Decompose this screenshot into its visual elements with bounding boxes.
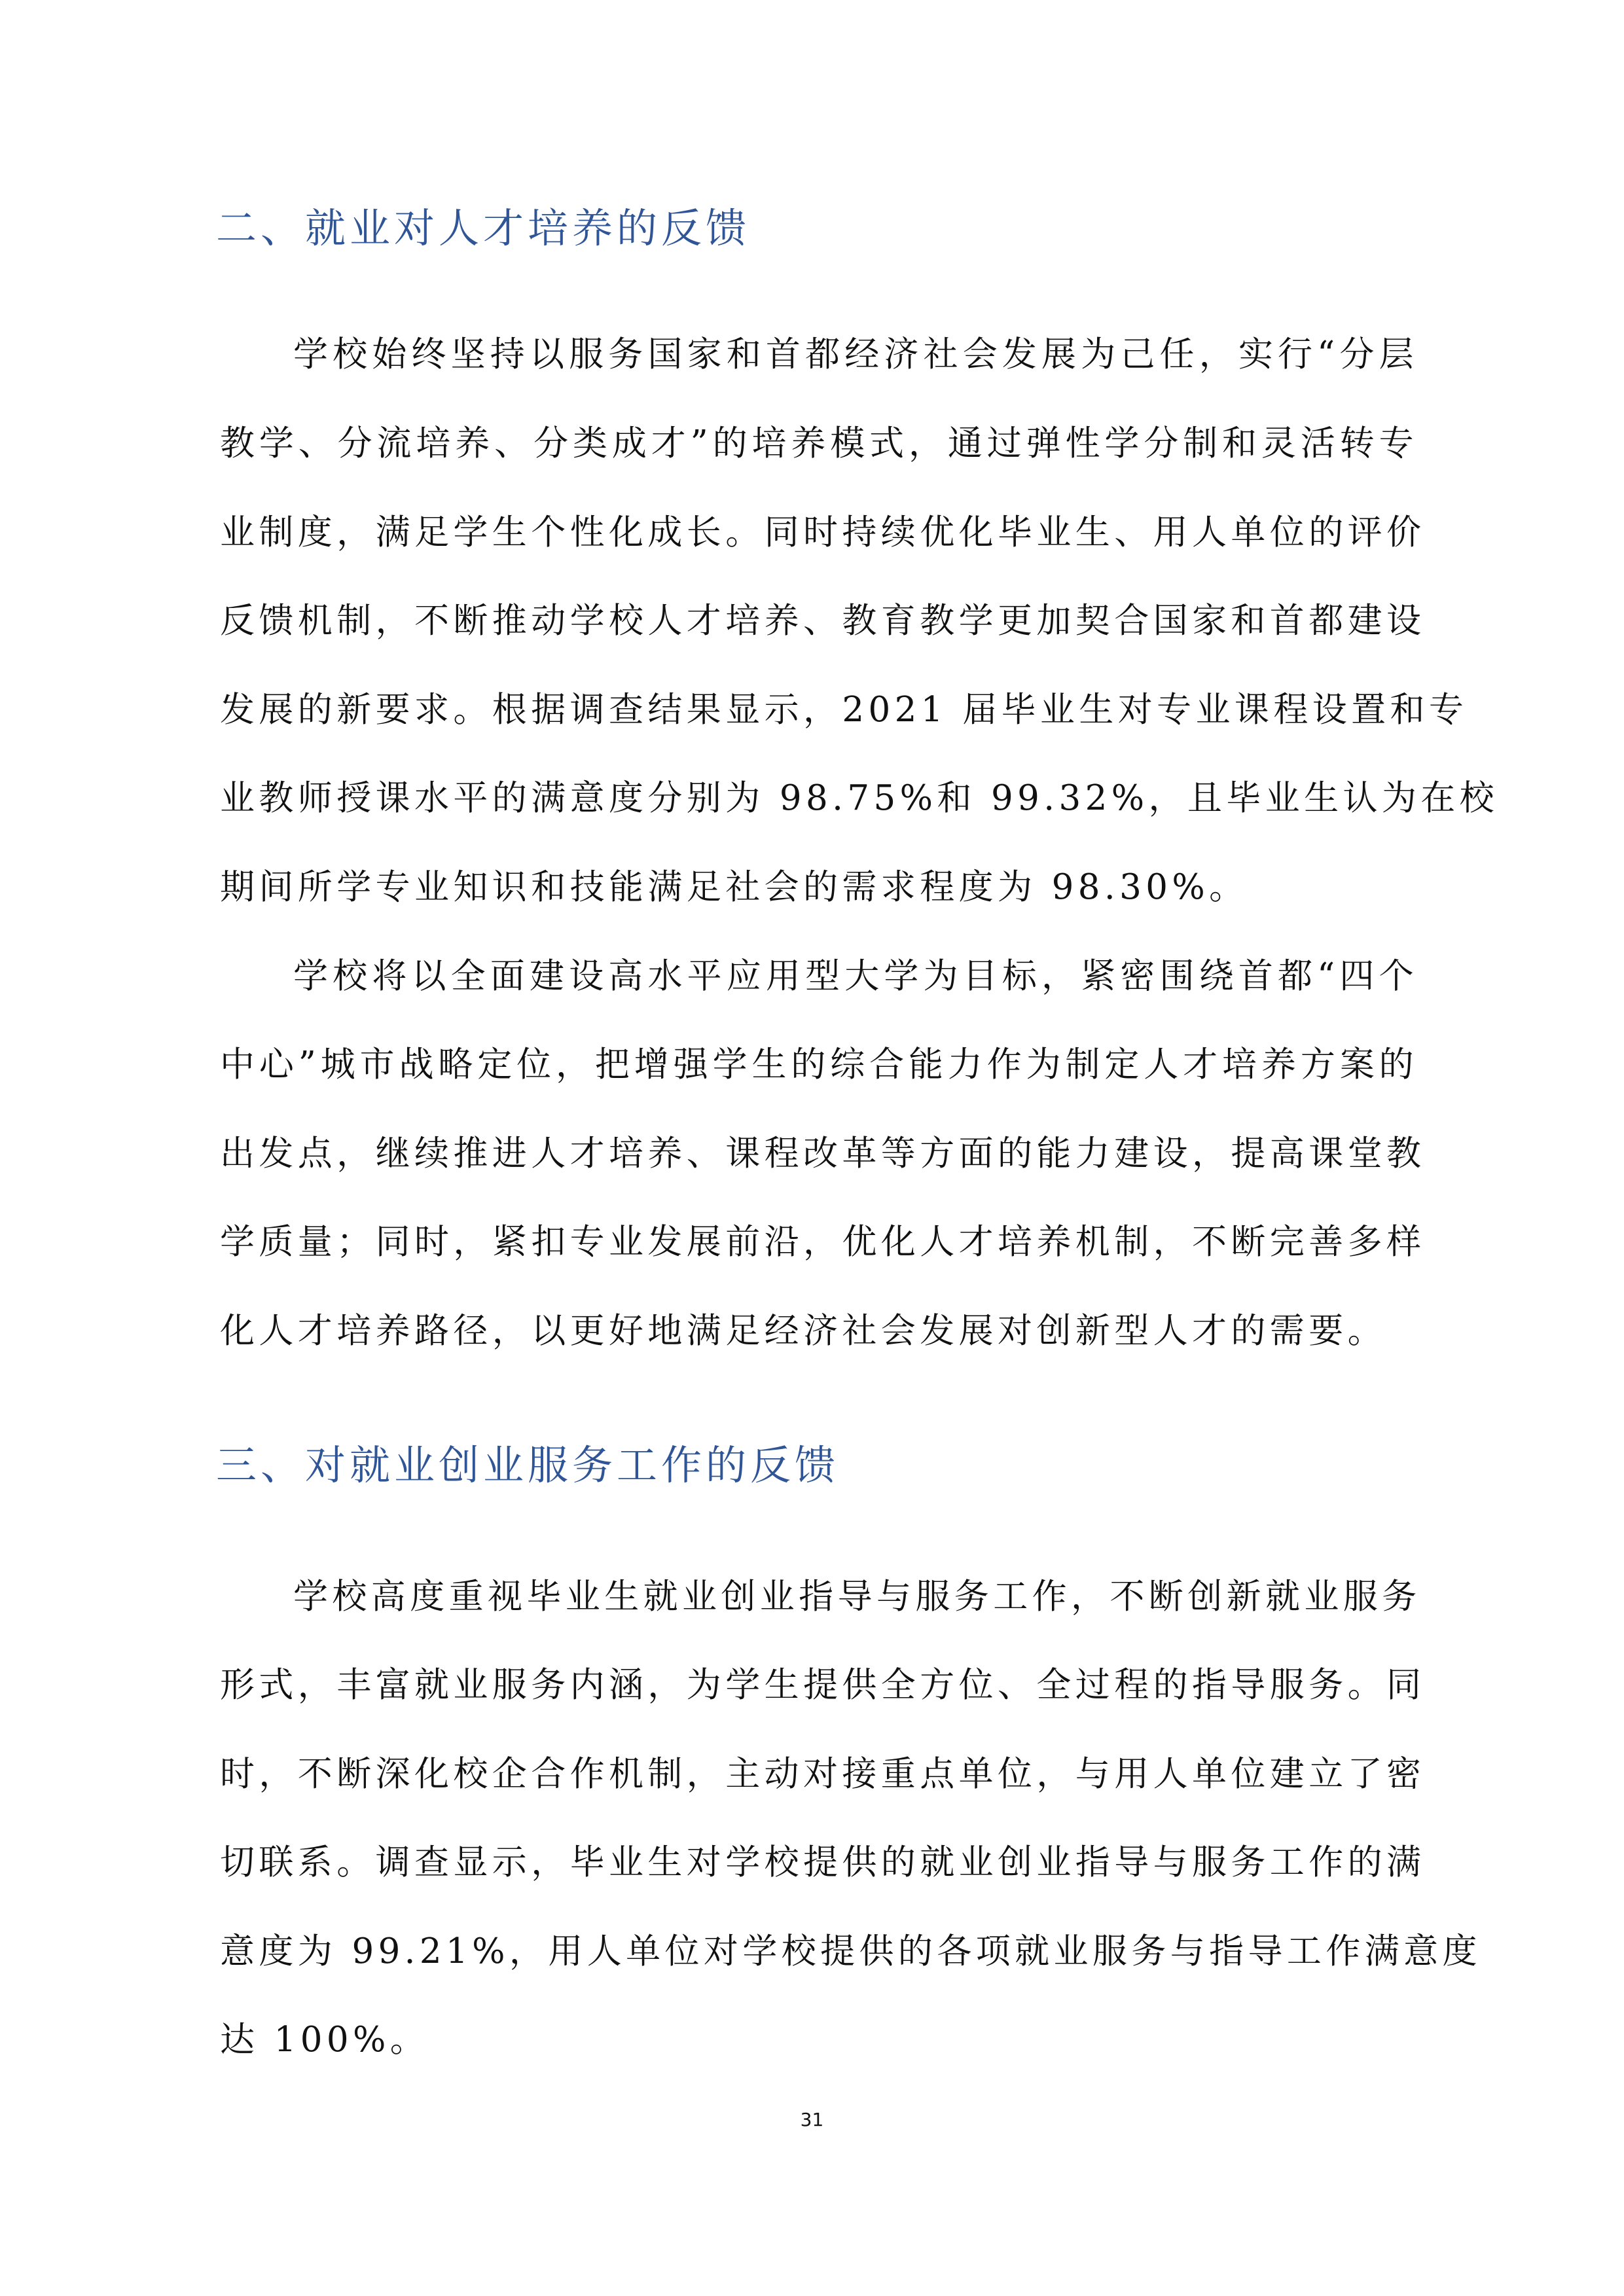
section-heading-employment-service-feedback: 三、对就业创业服务工作的反馈 xyxy=(216,1445,839,1486)
paragraph-line: 业制度，满足学生个性化成长。同时持续优化毕业生、用人单位的评价 xyxy=(220,515,1418,550)
section-heading-talent-feedback: 二、就业对人才培养的反馈 xyxy=(216,208,750,249)
paragraph-line: 发展的新要求。根据调查结果显示，2021 届毕业生对专业课程设置和专 xyxy=(220,692,1418,727)
paragraph-line: 学校将以全面建设高水平应用型大学为目标，紧密围绕首都“四个 xyxy=(293,959,1418,994)
paragraph-line: 反馈机制，不断推动学校人才培养、教育教学更加契合国家和首都建设 xyxy=(220,603,1418,638)
paragraph-line: 形式，丰富就业服务内涵，为学生提供全方位、全过程的指导服务。同 xyxy=(220,1668,1418,1702)
paragraph-line: 学校始终坚持以服务国家和首都经济社会发展为己任，实行“分层 xyxy=(293,337,1418,372)
paragraph-line: 意度为 99.21%，用人单位对学校提供的各项就业服务与指导工作满意度 xyxy=(220,1934,1418,1969)
paragraph-line: 切联系。调查显示，毕业生对学校提供的就业创业指导与服务工作的满 xyxy=(220,1845,1418,1880)
paragraph-line: 时，不断深化校企合作机制，主动对接重点单位，与用人单位建立了密 xyxy=(220,1757,1418,1791)
paragraph-line: 期间所学专业知识和技能满足社会的需求程度为 98.30%。 xyxy=(220,870,1418,905)
paragraph-line: 学质量；同时，紧扣专业发展前沿，优化人才培养机制，不断完善多样 xyxy=(220,1225,1418,1259)
paragraph-line: 业教师授课水平的满意度分别为 98.75%和 99.32%，且毕业生认为在校 xyxy=(220,781,1418,816)
paragraph-line: 中心”城市战略定位，把增强学生的综合能力作为制定人才培养方案的 xyxy=(220,1047,1418,1082)
paragraph-line: 学校高度重视毕业生就业创业指导与服务工作，不断创新就业服务 xyxy=(293,1579,1418,1614)
paragraph-line: 达 100%。 xyxy=(220,2022,1418,2057)
page-number: 31 xyxy=(0,2109,1624,2130)
paragraph-line: 教学、分流培养、分类成才”的培养模式，通过弹性学分制和灵活转专 xyxy=(220,426,1418,461)
paragraph-line: 出发点，继续推进人才培养、课程改革等方面的能力建设，提高课堂教 xyxy=(220,1136,1418,1171)
paragraph-line: 化人才培养路径，以更好地满足经济社会发展对创新型人才的需要。 xyxy=(220,1314,1418,1348)
